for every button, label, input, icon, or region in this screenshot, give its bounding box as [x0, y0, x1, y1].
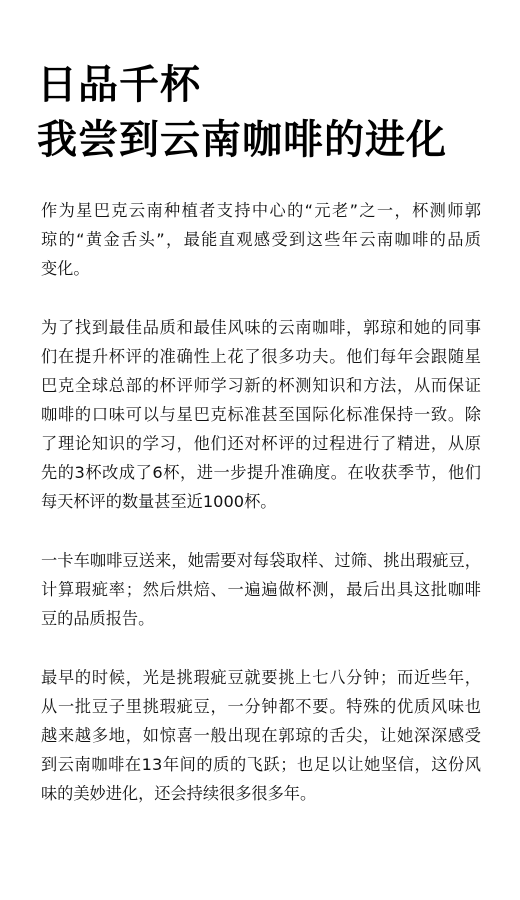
text-line: 为了找到最佳品质和最佳风味的云南咖啡，郭琼和她的同事 — [41, 313, 481, 342]
text-line: 琼的“黄金舌头”，最能直观感受到这些年云南咖啡的品质 — [41, 225, 481, 254]
title-line-1: 日品千杯 — [37, 58, 497, 113]
article-body: 作为星巴克云南种植者支持中心的“元老”之一，杯测师郭 琼的“黄金舌头”，最能直观… — [41, 196, 481, 838]
text-line: 到云南咖啡在13年间的质的飞跃；也足以让她坚信，这份风 — [41, 750, 481, 779]
text-line: 豆的品质报告。 — [41, 604, 481, 633]
text-line: 味的美妙进化，还会持续很多很多年。 — [41, 779, 481, 808]
paragraph-2: 为了找到最佳品质和最佳风味的云南咖啡，郭琼和她的同事 们在提升杯评的准确性上花了… — [41, 313, 481, 516]
text-line: 了理论知识的学习，他们还对杯评的过程进行了精进，从原 — [41, 429, 481, 458]
text-line: 作为星巴克云南种植者支持中心的“元老”之一，杯测师郭 — [41, 196, 481, 225]
text-line: 先的3杯改成了6杯，进一步提升准确度。在收获季节，他们 — [41, 458, 481, 487]
text-line: 一卡车咖啡豆送来，她需要对每袋取样、过筛、挑出瑕疵豆， — [41, 546, 481, 575]
text-line: 巴克全球总部的杯评师学习新的杯测知识和方法，从而保证 — [41, 371, 481, 400]
title-line-2: 我尝到云南咖啡的进化 — [37, 113, 497, 168]
paragraph-4: 最早的时候，光是挑瑕疵豆就要挑上七八分钟；而近些年， 从一批豆子里挑瑕疵豆，一分… — [41, 663, 481, 808]
paragraph-1: 作为星巴克云南种植者支持中心的“元老”之一，杯测师郭 琼的“黄金舌头”，最能直观… — [41, 196, 481, 283]
text-line: 变化。 — [41, 254, 481, 283]
text-line: 越来越多地，如惊喜一般出现在郭琼的舌尖，让她深深感受 — [41, 721, 481, 750]
text-line: 咖啡的口味可以与星巴克标准甚至国际化标准保持一致。除 — [41, 400, 481, 429]
text-line: 们在提升杯评的准确性上花了很多功夫。他们每年会跟随星 — [41, 342, 481, 371]
text-line: 最早的时候，光是挑瑕疵豆就要挑上七八分钟；而近些年， — [41, 663, 481, 692]
text-line: 从一批豆子里挑瑕疵豆，一分钟都不要。特殊的优质风味也 — [41, 692, 481, 721]
text-line: 每天杯评的数量甚至近1000杯。 — [41, 487, 481, 516]
text-line: 计算瑕疵率；然后烘焙、一遍遍做杯测，最后出具这批咖啡 — [41, 575, 481, 604]
paragraph-3: 一卡车咖啡豆送来，她需要对每袋取样、过筛、挑出瑕疵豆， 计算瑕疵率；然后烘焙、一… — [41, 546, 481, 633]
article-title: 日品千杯 我尝到云南咖啡的进化 — [37, 58, 497, 168]
